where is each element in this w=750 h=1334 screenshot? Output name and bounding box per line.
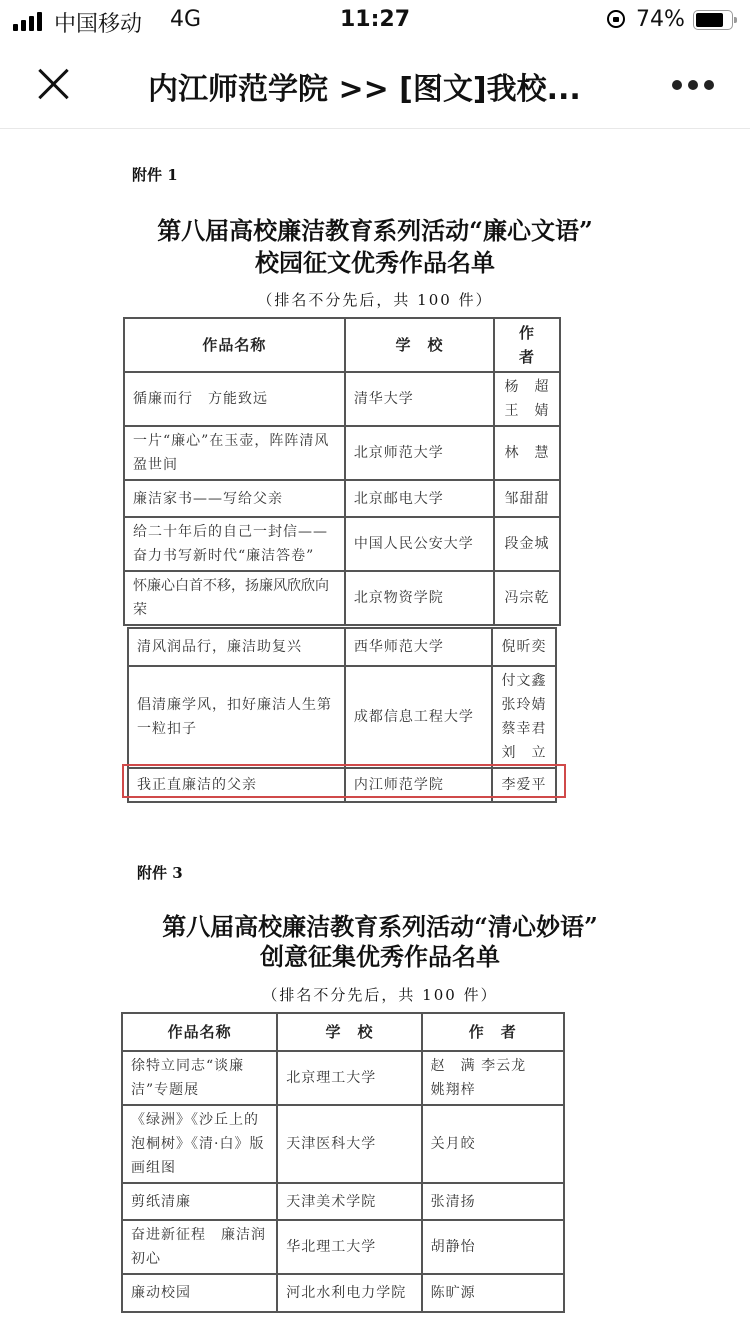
header-school: 学 校 bbox=[345, 318, 494, 372]
header-author: 作 者 bbox=[494, 318, 560, 372]
cell-work: 剪纸清廉 bbox=[122, 1183, 277, 1220]
cell-school: 清华大学 bbox=[345, 372, 494, 426]
table-row: 一片“廉心”在玉壶，阵阵清风盈世间 北京师范大学 林 慧 bbox=[124, 426, 560, 480]
cell-work: 怀廉心白首不移，扬廉风欣欣向荣 bbox=[124, 571, 345, 625]
cell-school: 北京师范大学 bbox=[345, 426, 494, 480]
annex3-subtitle: （排名不分先后，共 100 件） bbox=[5, 984, 750, 1005]
header-school: 学 校 bbox=[277, 1013, 421, 1051]
table-header-row: 作品名称 学 校 作 者 bbox=[124, 318, 560, 372]
cell-school: 河北水利电力学院 bbox=[277, 1274, 421, 1312]
cell-school: 成都信息工程大学 bbox=[345, 666, 492, 768]
cell-work: 廉动校园 bbox=[122, 1274, 277, 1312]
nav-bar: 内江师范学院 >> [图文]我校... bbox=[0, 42, 750, 129]
table-row: 《绿洲》《沙丘上的泡桐树》《清·白》版画组图 天津医科大学 关月皎 bbox=[122, 1105, 564, 1183]
annex1-title-line2: 校园征文优秀作品名单 bbox=[0, 247, 750, 279]
status-bar: 中国移动 4G 11:27 74% bbox=[0, 0, 750, 42]
battery-percent: 74% bbox=[636, 7, 685, 32]
table-row: 廉动校园 河北水利电力学院 陈旷源 bbox=[122, 1274, 564, 1312]
table-row: 循廉而行 方能致远 清华大学 杨 超 王 婧 bbox=[124, 372, 560, 426]
cell-work: 给二十年后的自己一封信——奋力书写新时代“廉洁答卷” bbox=[124, 517, 345, 571]
cell-school: 天津美术学院 bbox=[277, 1183, 421, 1220]
cell-author: 张清扬 bbox=[422, 1183, 564, 1220]
annex1-title-line1: 第八届高校廉洁教育系列活动“廉心文语” bbox=[0, 215, 750, 247]
cell-work: 廉洁家书——写给父亲 bbox=[124, 480, 345, 517]
table-row: 奋进新征程 廉洁润初心 华北理工大学 胡静怡 bbox=[122, 1220, 564, 1274]
battery-icon bbox=[693, 10, 733, 30]
header-author: 作 者 bbox=[422, 1013, 564, 1051]
header-work: 作品名称 bbox=[124, 318, 345, 372]
table-header-row: 作品名称 学 校 作 者 bbox=[122, 1013, 564, 1051]
annex1-subtitle: （排名不分先后，共 100 件） bbox=[0, 289, 750, 310]
cell-school: 天津医科大学 bbox=[277, 1105, 421, 1183]
header-work: 作品名称 bbox=[122, 1013, 277, 1051]
table-row: 廉洁家书——写给父亲 北京邮电大学 邹甜甜 bbox=[124, 480, 560, 517]
cell-author: 林 慧 bbox=[494, 426, 560, 480]
cell-work: 清风润品行，廉洁助复兴 bbox=[128, 628, 345, 666]
rotation-lock-icon bbox=[607, 10, 625, 28]
cell-work: 徐特立同志“谈廉洁”专题展 bbox=[122, 1051, 277, 1105]
close-icon[interactable] bbox=[36, 66, 72, 102]
annex3-label: 附件 3 bbox=[137, 862, 183, 883]
highlight-box bbox=[122, 764, 566, 798]
cell-author: 杨 超 王 婧 bbox=[494, 372, 560, 426]
annex1-label: 附件 1 bbox=[132, 164, 178, 185]
cell-author: 陈旷源 bbox=[422, 1274, 564, 1312]
more-icon[interactable] bbox=[672, 80, 714, 90]
cell-author: 赵 满 李云龙 姚翔梓 bbox=[422, 1051, 564, 1105]
annex3-title-line2: 创意征集优秀作品名单 bbox=[5, 941, 750, 973]
table-row: 剪纸清廉 天津美术学院 张清扬 bbox=[122, 1183, 564, 1220]
cell-author: 付文鑫 张玲婧 蔡幸君 刘 立 bbox=[492, 666, 556, 768]
cell-author: 胡静怡 bbox=[422, 1220, 564, 1274]
annex3-title-line1: 第八届高校廉洁教育系列活动“清心妙语” bbox=[5, 911, 750, 943]
cell-work: 一片“廉心”在玉壶，阵阵清风盈世间 bbox=[124, 426, 345, 480]
annex3-table: 作品名称 学 校 作 者 徐特立同志“谈廉洁”专题展 北京理工大学 赵 满 李云… bbox=[121, 1012, 565, 1313]
cell-work: 《绿洲》《沙丘上的泡桐树》《清·白》版画组图 bbox=[122, 1105, 277, 1183]
table-row: 给二十年后的自己一封信——奋力书写新时代“廉洁答卷” 中国人民公安大学 段金城 bbox=[124, 517, 560, 571]
cell-work: 倡清廉学风，扣好廉洁人生第一粒扣子 bbox=[128, 666, 345, 768]
cell-school: 华北理工大学 bbox=[277, 1220, 421, 1274]
cell-school: 西华师范大学 bbox=[345, 628, 492, 666]
table-row: 倡清廉学风，扣好廉洁人生第一粒扣子 成都信息工程大学 付文鑫 张玲婧 蔡幸君 刘… bbox=[128, 666, 556, 768]
table-row: 清风润品行，廉洁助复兴 西华师范大学 倪昕奕 bbox=[128, 628, 556, 666]
cell-work: 循廉而行 方能致远 bbox=[124, 372, 345, 426]
page-title: 内江师范学院 >> [图文]我校... bbox=[148, 64, 618, 108]
cell-work: 奋进新征程 廉洁润初心 bbox=[122, 1220, 277, 1274]
cell-school: 北京邮电大学 bbox=[345, 480, 494, 517]
cell-author: 关月皎 bbox=[422, 1105, 564, 1183]
annex1-table-part1: 作品名称 学 校 作 者 循廉而行 方能致远 清华大学 杨 超 王 婧 一片“廉… bbox=[123, 317, 561, 626]
cell-school: 中国人民公安大学 bbox=[345, 517, 494, 571]
table-row: 怀廉心白首不移，扬廉风欣欣向荣 北京物资学院 冯宗乾 bbox=[124, 571, 560, 625]
cell-school: 北京理工大学 bbox=[277, 1051, 421, 1105]
table-row: 徐特立同志“谈廉洁”专题展 北京理工大学 赵 满 李云龙 姚翔梓 bbox=[122, 1051, 564, 1105]
cell-author: 冯宗乾 bbox=[494, 571, 560, 625]
cell-author: 倪昕奕 bbox=[492, 628, 556, 666]
cell-author: 邹甜甜 bbox=[494, 480, 560, 517]
cell-author: 段金城 bbox=[494, 517, 560, 571]
cell-school: 北京物资学院 bbox=[345, 571, 494, 625]
